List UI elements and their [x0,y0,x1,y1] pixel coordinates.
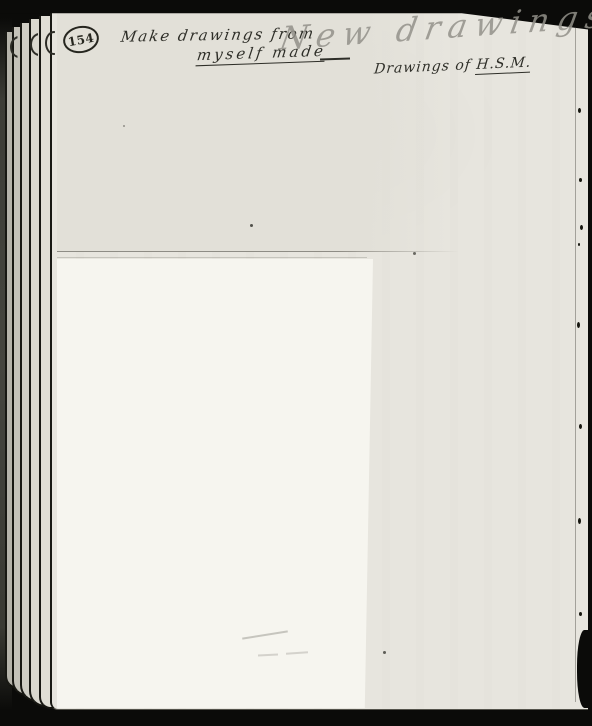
credit-initials: H.S.M. [475,55,532,75]
edge-speck [578,108,581,113]
dust-speck [383,651,386,654]
edge-speck [578,518,581,524]
page-right-edge-line [575,28,576,702]
edge-speck [579,178,582,182]
photographed-album-page: 154 Make drawings from myself made New d… [0,0,592,726]
edge-speck [580,225,583,230]
dust-speck [413,252,416,255]
page-number: 154 [67,30,96,48]
edge-speck [579,612,582,616]
dust-speck [123,125,125,127]
edge-speck [579,424,582,429]
edge-speck [578,243,580,246]
edge-speck [577,322,580,328]
dust-speck [250,224,253,227]
mounted-sheet-edge-line [57,251,459,252]
backdrop-corner-blob [577,630,592,708]
white-sheet-top-shadow [57,257,367,258]
white-blank-sheet [57,259,373,708]
